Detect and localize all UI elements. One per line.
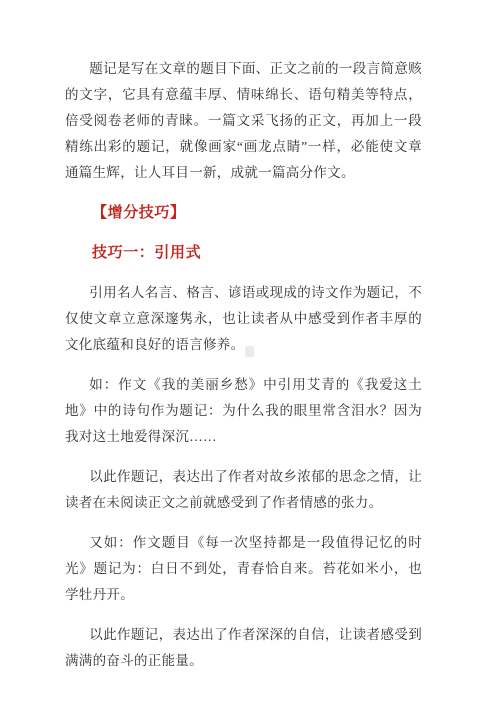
body-paragraph: 又如：作文题目《每一次坚持都是一段值得记忆的时光》题记为：白日不到处，青春恰自来… [65,530,422,608]
scan-smudge-artifact [245,346,254,357]
technique-subheading: 技巧一：引用式 [65,240,422,266]
body-paragraph: 以此作题记，表达出了作者深深的自信，让读者感受到满满的奋斗的正能量。 [65,622,422,674]
section-heading: 【增分技巧】 [65,200,422,226]
document-page: 题记是写在文章的题目下面、正文之前的一段言简意赅的文字，它具有意蕴丰厚、情味绵长… [0,0,500,708]
body-paragraph: 引用名人名言、格言、谚语或现成的诗文作为题记，不仅使文章立意深邃隽永，也让读者从… [65,280,422,358]
body-paragraph: 题记是写在文章的题目下面、正文之前的一段言简意赅的文字，它具有意蕴丰厚、情味绵长… [65,56,422,186]
document-text-column: 题记是写在文章的题目下面、正文之前的一段言简意赅的文字，它具有意蕴丰厚、情味绵长… [65,56,422,688]
body-paragraph: 以此作题记，表达出了作者对故乡浓郁的思念之情，让读者在未阅读正文之前就感受到了作… [65,464,422,516]
body-paragraph: 如：作文《我的美丽乡愁》中引用艾青的《我爱这土地》中的诗句作为题记：为什么我的眼… [65,372,422,450]
